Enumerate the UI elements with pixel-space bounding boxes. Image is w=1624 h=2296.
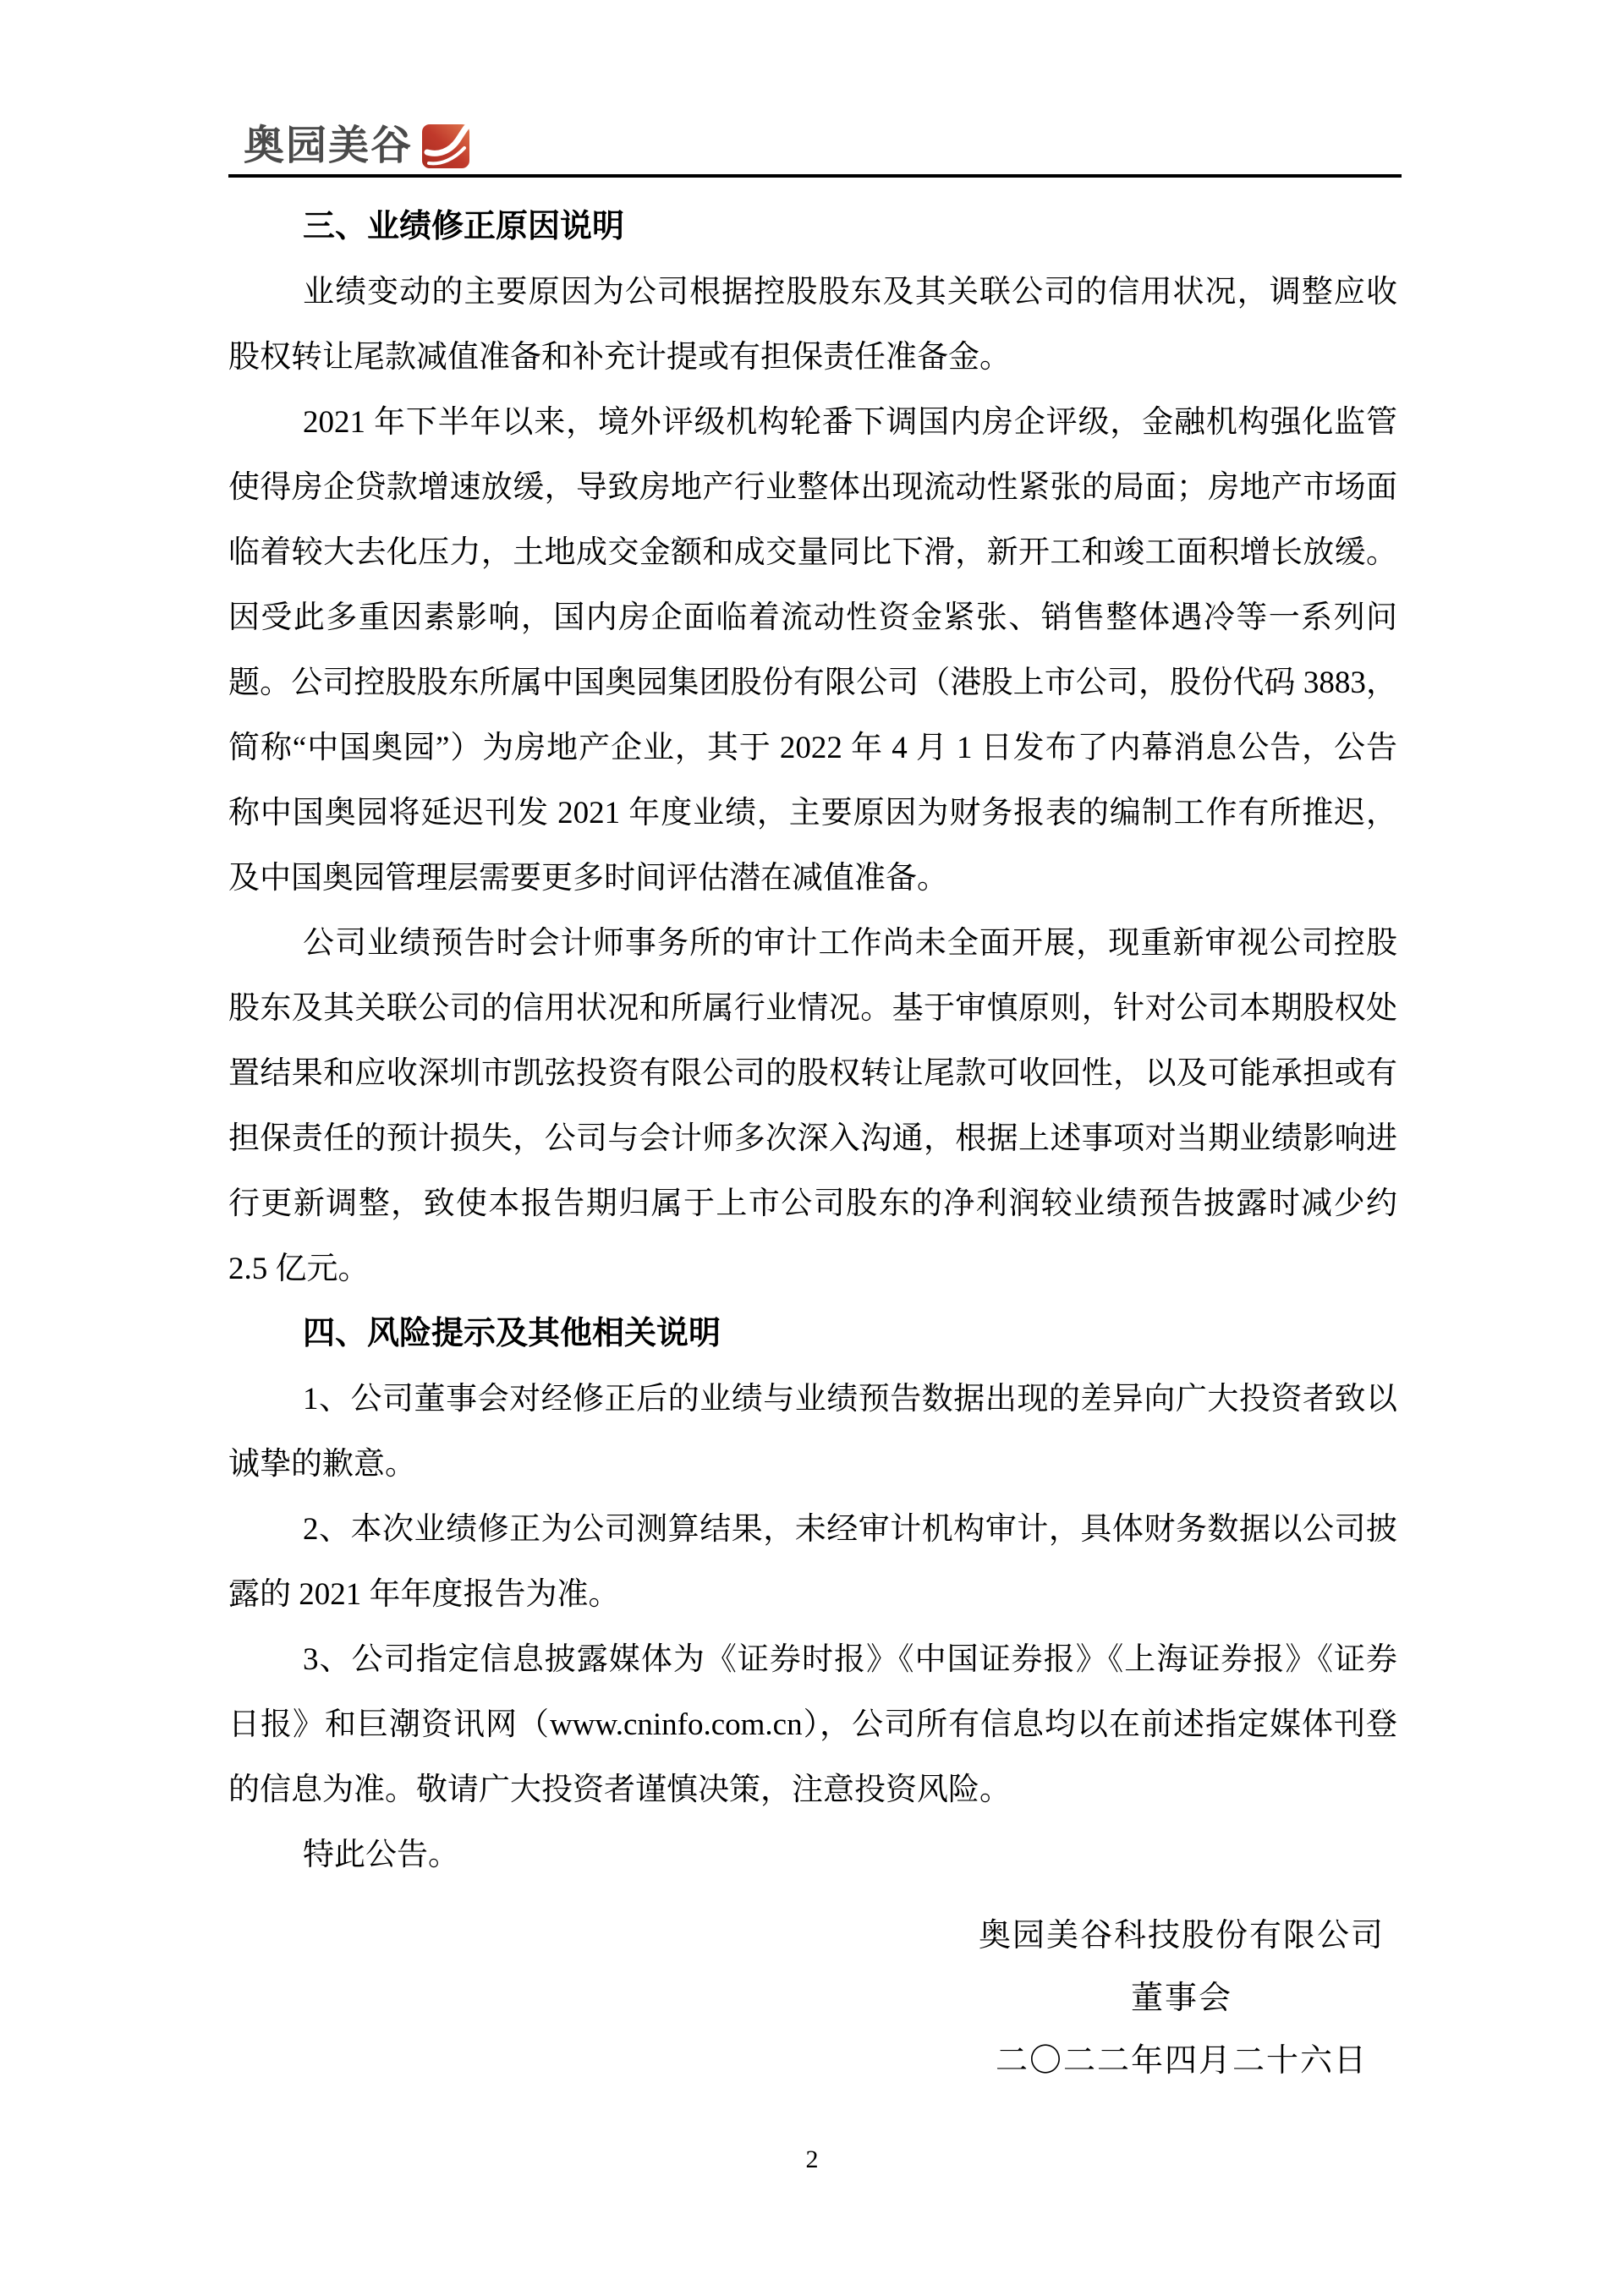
aoyuan-swoosh-icon xyxy=(421,123,470,169)
risk-item-1: 1、公司董事会对经修正后的业绩与业绩预告数据出现的差异向广大投资者致以诚挚的歉意… xyxy=(228,1367,1397,1497)
brand-logo-text: 奥园美谷 xyxy=(244,120,413,173)
signature-date: 二〇二二年四月二十六日 xyxy=(979,2030,1385,2092)
header-divider xyxy=(228,174,1402,178)
signature-block: 奥园美谷科技股份有限公司 董事会 二〇二二年四月二十六日 xyxy=(979,1904,1385,2092)
brand-logo: 奥园美谷 xyxy=(244,120,470,173)
risk-item-2: 2、本次业绩修正为公司测算结果，未经审计机构审计，具体财务数据以公司披露的 20… xyxy=(228,1497,1397,1627)
closing-statement: 特此公告。 xyxy=(228,1822,1397,1888)
correction-paragraph-3: 公司业绩预告时会计师事务所的审计工作尚未全面开展，现重新审视公司控股股东及其关联… xyxy=(228,911,1397,1301)
document-body: 三、业绩修正原因说明 业绩变动的主要原因为公司根据控股股东及其关联公司的信用状况… xyxy=(228,195,1397,1888)
risk-item-3: 3、公司指定信息披露媒体为《证券时报》《中国证券报》《上海证券报》《证券日报》和… xyxy=(228,1627,1397,1822)
signature-company: 奥园美谷科技股份有限公司 xyxy=(979,1904,1385,1967)
signature-board: 董事会 xyxy=(979,1967,1385,2030)
announcement-page: 奥园美谷 三、业绩修正原因说明 业绩变动的主要原因为公司根据控股股东及其关联公司… xyxy=(0,0,1624,2296)
section-correction-heading: 三、业绩修正原因说明 xyxy=(228,195,1397,260)
section-risk-heading: 四、风险提示及其他相关说明 xyxy=(228,1301,1397,1367)
correction-paragraph-2: 2021 年下半年以来，境外评级机构轮番下调国内房企评级，金融机构强化监管使得房… xyxy=(228,390,1397,911)
correction-paragraph-1: 业绩变动的主要原因为公司根据控股股东及其关联公司的信用状况，调整应收股权转让尾款… xyxy=(228,260,1397,390)
page-number: 2 xyxy=(0,2145,1624,2175)
